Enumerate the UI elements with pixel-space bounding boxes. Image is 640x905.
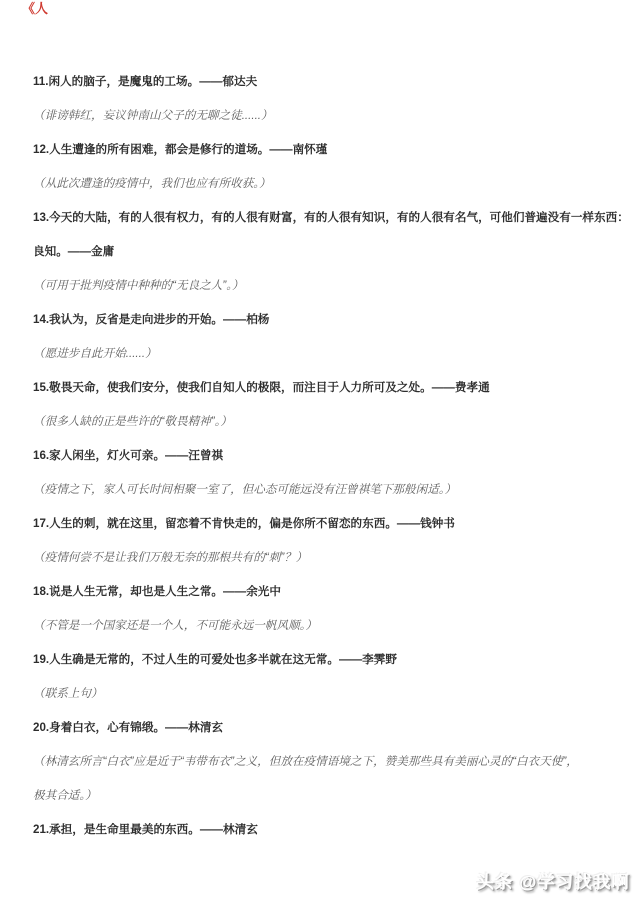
comment-text: （从此次遭逢的疫情中，我们也应有所收获。） [33,167,632,201]
comment-text: （疫情何尝不是让我们万般无奈的那根共有的“刺”？） [33,541,632,575]
comment-text: （可用于批判疫情中种种的“无良之人”。） [33,269,632,303]
quote-item: 21.承担，是生命里最美的东西。——林清玄 [33,813,632,847]
quote-item: 18.说是人生无常，却也是人生之常。——余光中 （不管是一个国家还是一个人，不可… [33,575,632,643]
quote-list: 11.闲人的脑子，是魔鬼的工场。——郁达夫 （诽谤韩红，妄议钟南山父子的无聊之徒… [0,0,640,847]
quote-text: 18.说是人生无常，却也是人生之常。——余光中 [33,575,632,609]
quote-text: 21.承担，是生命里最美的东西。——林清玄 [33,813,632,847]
quote-item: 19.人生确是无常的，不过人生的可爱处也多半就在这无常。——李霁野 （联系上句） [33,643,632,711]
comment-text: （很多人缺的正是些许的“敬畏精神”。） [33,405,632,439]
quote-text: 19.人生确是无常的，不过人生的可爱处也多半就在这无常。——李霁野 [33,643,632,677]
quote-item: 12.人生遭逢的所有困难，都会是修行的道场。——南怀瑾 （从此次遭逢的疫情中，我… [33,133,632,201]
quote-text: 17.人生的刺，就在这里，留恋着不肯快走的，偏是你所不留恋的东西。——钱钟书 [33,507,632,541]
quote-item: 14.我认为，反省是走向进步的开始。——柏杨 （愿进步自此开始......） [33,303,632,371]
quote-text: 13.今天的大陆，有的人很有权力，有的人很有财富，有的人很有知识，有的人很有名气… [33,201,632,269]
quote-text: 20.身着白衣，心有锦缎。——林清玄 [33,711,632,745]
quote-item: 17.人生的刺，就在这里，留恋着不肯快走的，偏是你所不留恋的东西。——钱钟书 （… [33,507,632,575]
quote-text: 11.闲人的脑子，是魔鬼的工场。——郁达夫 [33,65,632,99]
comment-text: （联系上句） [33,677,632,711]
document-page: 《人 11.闲人的脑子，是魔鬼的工场。——郁达夫 （诽谤韩红，妄议钟南山父子的无… [0,0,640,905]
quote-item: 11.闲人的脑子，是魔鬼的工场。——郁达夫 （诽谤韩红，妄议钟南山父子的无聊之徒… [33,65,632,133]
quote-text: 16.家人闲坐，灯火可亲。——汪曾祺 [33,439,632,473]
quote-item: 15.敬畏天命，使我们安分，使我们自知人的极限，而注目于人力所可及之处。——费孝… [33,371,632,439]
quote-text: 14.我认为，反省是走向进步的开始。——柏杨 [33,303,632,337]
comment-text: （诽谤韩红，妄议钟南山父子的无聊之徒......） [33,99,632,133]
comment-text: （疫情之下，家人可长时间相聚一室了，但心态可能远没有汪曾祺笔下那般闲适。） [33,473,632,507]
quote-text: 12.人生遭逢的所有困难，都会是修行的道场。——南怀瑾 [33,133,632,167]
comment-text: （愿进步自此开始......） [33,337,632,371]
comment-text: （林清玄所言“白衣”应是近于“韦带布衣”之义，但放在疫情语境之下，赞美那些具有美… [33,745,632,813]
comment-text: （不管是一个国家还是一个人，不可能永远一帆风顺。） [33,609,632,643]
quote-item: 20.身着白衣，心有锦缎。——林清玄 （林清玄所言“白衣”应是近于“韦带布衣”之… [33,711,632,813]
quote-item: 13.今天的大陆，有的人很有权力，有的人很有财富，有的人很有知识，有的人很有名气… [33,201,632,303]
corner-mark: 《人 [22,2,48,16]
quote-text: 15.敬畏天命，使我们安分，使我们自知人的极限，而注目于人力所可及之处。——费孝… [33,371,632,405]
toutiao-watermark: 头条 @学习找我啊 [477,869,630,894]
quote-item: 16.家人闲坐，灯火可亲。——汪曾祺 （疫情之下，家人可长时间相聚一室了，但心态… [33,439,632,507]
